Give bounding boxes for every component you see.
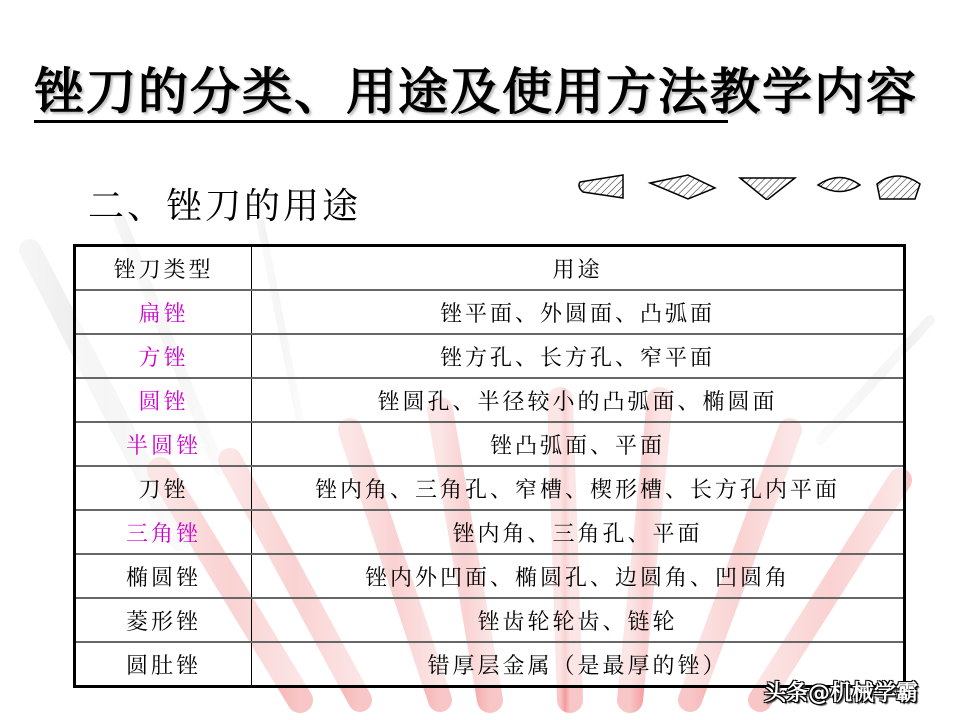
table-row: 刀锉 锉内角、三角孔、窄槽、楔形槽、长方孔内平面 — [75, 466, 905, 510]
file-type-cell: 方锉 — [75, 334, 252, 378]
flat-file-section-icon — [579, 175, 623, 198]
table-row: 半圆锉 锉凸弧面、平面 — [75, 422, 905, 466]
diamond-file-section-icon — [650, 175, 715, 199]
table-row: 圆锉 锉圆孔、半径较小的凸弧面、椭圆面 — [75, 378, 905, 422]
table-row: 扁锉 锉平面、外圆面、凸弧面 — [75, 290, 905, 334]
half-round-file-section-icon — [877, 176, 920, 199]
use-cell: 锉凸弧面、平面 — [252, 422, 905, 466]
oval-file-section-icon — [818, 178, 860, 192]
header-use: 用途 — [252, 246, 905, 291]
watermark: 头条@机械学霸 — [764, 676, 918, 707]
file-uses-table: 锉刀类型 用途 扁锉 锉平面、外圆面、凸弧面 方锉 锉方孔、长方孔、窄平面 圆锉… — [73, 244, 906, 688]
header-file-type: 锉刀类型 — [75, 246, 252, 291]
table-row: 方锉 锉方孔、长方孔、窄平面 — [75, 334, 905, 378]
file-cross-sections — [575, 170, 955, 200]
table-row: 椭圆锉 锉内外凹面、椭圆孔、边圆角、凹圆角 — [75, 554, 905, 598]
table-row: 菱形锉 锉齿轮轮齿、链轮 — [75, 598, 905, 642]
section-heading: 二、锉刀的用途 — [88, 180, 361, 234]
use-cell: 锉内角、三角孔、平面 — [252, 510, 905, 554]
file-type-cell: 圆肚锉 — [75, 642, 252, 687]
triangle-file-section-icon — [740, 178, 795, 200]
page-title: 锉刀的分类、用途及使用方法教学内容 — [34, 62, 918, 122]
table-header-row: 锉刀类型 用途 — [75, 246, 905, 291]
file-type-cell: 圆锉 — [75, 378, 252, 422]
file-type-cell: 半圆锉 — [75, 422, 252, 466]
file-type-cell: 椭圆锉 — [75, 554, 252, 598]
file-type-cell: 刀锉 — [75, 466, 252, 510]
use-cell: 锉圆孔、半径较小的凸弧面、椭圆面 — [252, 378, 905, 422]
file-type-cell: 三角锉 — [75, 510, 252, 554]
use-cell: 锉齿轮轮齿、链轮 — [252, 598, 905, 642]
use-cell: 锉方孔、长方孔、窄平面 — [252, 334, 905, 378]
file-type-cell: 菱形锉 — [75, 598, 252, 642]
use-cell: 锉平面、外圆面、凸弧面 — [252, 290, 905, 334]
table-row: 三角锉 锉内角、三角孔、平面 — [75, 510, 905, 554]
file-type-cell: 扁锉 — [75, 290, 252, 334]
use-cell: 锉内角、三角孔、窄槽、楔形槽、长方孔内平面 — [252, 466, 905, 510]
title-underline — [34, 120, 728, 123]
use-cell: 锉内外凹面、椭圆孔、边圆角、凹圆角 — [252, 554, 905, 598]
